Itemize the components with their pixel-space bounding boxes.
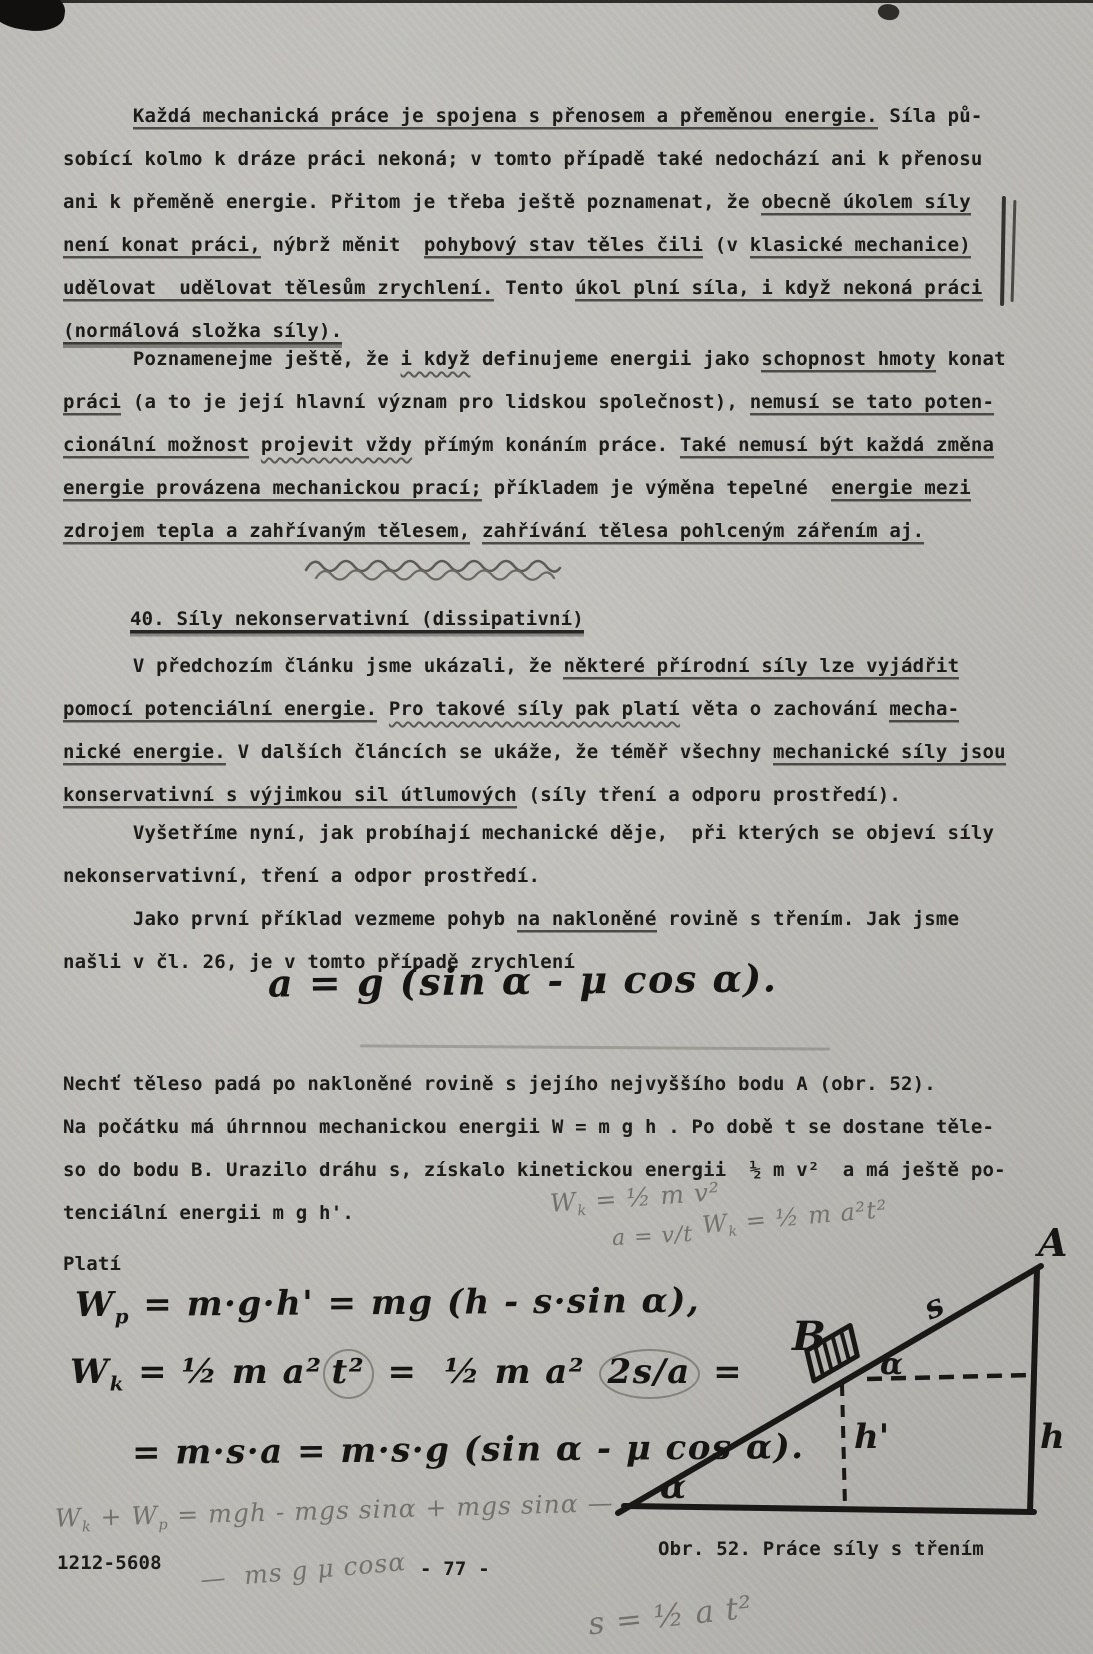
figure-label-alpha-base: α <box>660 1467 686 1507</box>
text-segment: W <box>70 1352 110 1392</box>
pencil-smudge-under-equation <box>360 1044 830 1050</box>
text-segment: = ½ m a² <box>125 1352 323 1392</box>
figure-label-B: B <box>791 1313 826 1360</box>
text-segment: pomocí potenciální energie. <box>63 698 377 720</box>
text-segment: (a to je její hlavní význam pro lidskou … <box>121 391 750 413</box>
text-segment: nýbrž měnit <box>261 234 424 256</box>
text-segment: přímým konáním práce. <box>412 434 680 456</box>
text-segment: Na počátku má úhrnnou mechanickou energi… <box>63 1116 994 1138</box>
paragraph-1: Každá mechanická práce je spojena s přen… <box>63 95 983 353</box>
text-segment: na nakloněné <box>517 908 657 930</box>
text-segment: W <box>701 1209 729 1239</box>
figure-label-A: A <box>1035 1220 1067 1265</box>
equation-result: = m·s·a = m·s·g (sin α - μ cos α). <box>132 1427 805 1473</box>
equation-wk: Wk = ½ m a²t² = ½ m a² 2s/a = <box>70 1352 743 1395</box>
text-line: není konat práci, nýbrž měnit pohybový s… <box>63 224 983 267</box>
text-segment: ani k přeměně energie. Přitom je třeba j… <box>63 191 761 213</box>
text-segment: zdrojem tepla a zahřívaným tělesem, <box>63 520 470 542</box>
paragraph-3: V předchozím článku jsme ukázali, že něk… <box>63 645 1006 817</box>
text-segment: (v <box>703 234 750 256</box>
equation-acceleration: a = g (sin α - μ cos α). <box>268 955 778 1005</box>
margin-mark-line-1 <box>1000 196 1006 306</box>
figure-label-alpha-incline: α <box>880 1347 903 1382</box>
text-segment: není konat práci, <box>63 234 261 256</box>
text-segment: V předchozím článku jsme ukázali, že <box>63 655 563 677</box>
text-segment: nemusí se tato poten- <box>750 391 994 413</box>
text-line: nekonservativní, tření a odpor prostředí… <box>63 855 994 898</box>
text-segment: klasické mechanice) <box>750 234 971 256</box>
text-segment: konservativní s výjimkou sil útlumových <box>63 784 517 806</box>
text-segment: konat <box>936 348 1006 370</box>
equation-wp: Wp = m·g·h' = mg (h - s·sin α), <box>75 1281 700 1329</box>
text-segment: energie provázena mechanickou prací; <box>63 477 482 499</box>
text-segment: Síla pů- <box>878 105 983 127</box>
text-segment: energie mezi <box>831 477 971 499</box>
text-segment: i když <box>401 348 471 370</box>
text-segment: nekonservativní, tření a odpor prostředí… <box>63 865 540 887</box>
figure-label-h: h <box>1040 1417 1065 1457</box>
text-segment: mecha- <box>889 698 959 720</box>
ink-spot <box>876 1 901 23</box>
text-line: energie provázena mechanickou prací; pří… <box>63 467 1006 510</box>
text-line: zdrojem tepla a zahřívaným tělesem, zahř… <box>63 510 1006 553</box>
pencil-sum-line-2: — ms g μ cosα <box>199 1547 407 1594</box>
section-heading-row: 40. Síly nekonservativní (dissipativní) <box>130 598 584 641</box>
page-number: - 77 - <box>420 1548 490 1591</box>
text-line: udělovat udělovat tělesům zrychlení. Ten… <box>63 267 983 310</box>
text-segment: k <box>110 1371 125 1395</box>
text-segment: Poznamenejme ještě, že <box>63 348 401 370</box>
text-segment: některé přírodní síly lze vyjádřit <box>563 655 959 677</box>
text-segment: = mgh - mgs sinα + mgs sinα — <box>168 1488 614 1529</box>
text-segment: + W <box>91 1501 158 1532</box>
figure-label-s: s <box>917 1285 950 1327</box>
text-segment: nické energie. <box>63 741 226 763</box>
text-line: V předchozím článku jsme ukázali, že něk… <box>63 645 1006 688</box>
pencil-sum-line: Wk + Wp = mgh - mgs sinα + mgs sinα — <box>55 1488 614 1536</box>
text-segment: Také nemusí být každá změna <box>680 434 994 456</box>
text-segment: V dalších článcích se ukáže, že téměř vš… <box>226 741 773 763</box>
text-line: Na počátku má úhrnnou mechanickou energi… <box>63 1106 1006 1149</box>
text-line: Každá mechanická práce je spojena s přen… <box>63 95 983 138</box>
text-segment: (síly tření a odporu prostředí). <box>517 784 901 806</box>
text-segment: tenciální energii m g h'. <box>63 1202 354 1224</box>
paragraph-2: Poznamenejme ještě, že i když definujeme… <box>63 338 1006 553</box>
paragraph-4: Vyšetříme nyní, jak probíhají mechanické… <box>63 812 994 898</box>
section-heading: 40. Síly nekonservativní (dissipativní) <box>130 608 584 630</box>
text-line: Jako první příklad vezmeme pohyb na nakl… <box>63 898 959 941</box>
text-segment: věta o zachování <box>680 698 890 720</box>
text-line: práci (a to je její hlavní význam pro li… <box>63 381 1006 424</box>
text-segment: příkladem je výměna tepelné <box>482 477 831 499</box>
text-segment: t² <box>323 1349 375 1399</box>
text-line: Wp = m·g·h' = mg (h - s·sin α), <box>75 1281 700 1329</box>
text-segment: Každá mechanická práce je spojena s přen… <box>133 105 878 127</box>
text-segment: zahřívání tělesa pohlceným zářením aj. <box>482 520 924 542</box>
text-segment: úkol plní síla, i když nekoná práci <box>575 277 982 299</box>
text-line: ani k přeměně energie. Přitom je třeba j… <box>63 181 983 224</box>
text-line: konservativní s výjimkou sil útlumových … <box>63 774 1006 817</box>
margin-mark-line-2 <box>1011 200 1016 302</box>
text-segment: k <box>82 1519 92 1535</box>
squiggle-mark <box>302 552 602 582</box>
document-code: 1212-5608 <box>57 1542 162 1585</box>
text-segment: = m·g·h' = mg (h - s·sin α), <box>130 1281 700 1325</box>
text-segment: p <box>115 1304 130 1328</box>
pencil-bottom-note: s = ½ a t² <box>587 1589 755 1642</box>
text-segment: Nechť těleso padá po nakloněné rovině s … <box>63 1073 936 1095</box>
text-line: Poznamenejme ještě, že i když definujeme… <box>63 338 1006 381</box>
text-segment: projevit vždy <box>261 434 412 456</box>
text-segment: 2s/a <box>599 1349 700 1399</box>
plati-label: Platí <box>63 1243 121 1286</box>
text-segment: rovině s třením. Jak jsme <box>657 908 960 930</box>
text-segment: W <box>549 1187 578 1218</box>
text-segment <box>470 520 482 542</box>
text-segment <box>377 698 389 720</box>
text-line: pomocí potenciální energie. Pro takové s… <box>63 688 1006 731</box>
figure-dashed-height-hprime <box>842 1384 845 1507</box>
text-segment <box>63 105 133 127</box>
text-segment: udělovat udělovat tělesům zrychlení. <box>63 277 494 299</box>
text-segment: definujeme energii jako <box>470 348 761 370</box>
text-segment: práci <box>63 391 121 413</box>
figure-right-side <box>1030 1269 1037 1512</box>
pencil-note-a: a = v/t <box>611 1222 693 1251</box>
text-segment: obecně úkolem síly <box>761 191 971 213</box>
text-line: nické energie. V dalších článcích se uká… <box>63 731 1006 774</box>
scan-corner-blob <box>0 0 68 35</box>
text-line: sobící kolmo k dráze práci nekoná; v tom… <box>63 138 983 181</box>
text-segment: W <box>75 1285 115 1325</box>
text-line: cionální možnost projevit vždy přímým ko… <box>63 424 1006 467</box>
text-segment: Pro takové síly pak platí <box>389 698 680 720</box>
scanned-page: Každá mechanická práce je spojena s přen… <box>0 0 1093 1654</box>
text-line: Nechť těleso padá po nakloněné rovině s … <box>63 1063 1006 1106</box>
text-line: Wk = ½ m a²t² = ½ m a² 2s/a = <box>70 1352 743 1395</box>
text-segment: Vyšetříme nyní, jak probíhají mechanické… <box>63 822 994 844</box>
text-line: Wk + Wp = mgh - mgs sinα + mgs sinα — <box>55 1488 614 1536</box>
text-segment: schopnost hmoty <box>761 348 936 370</box>
figure-caption: Obr. 52. Práce síly s třením <box>658 1528 984 1571</box>
figure-label-h-prime: h' <box>854 1417 889 1457</box>
scan-top-edge <box>0 0 1093 3</box>
text-segment: sobící kolmo k dráze práci nekoná; v tom… <box>63 148 982 170</box>
text-segment: mechanické síly jsou <box>773 741 1006 763</box>
text-segment: = ½ m a² <box>374 1352 598 1392</box>
text-segment: = <box>700 1352 743 1392</box>
text-line: Vyšetříme nyní, jak probíhají mechanické… <box>63 812 994 855</box>
text-segment: Tento <box>494 277 575 299</box>
text-segment: W <box>55 1503 83 1533</box>
text-segment: cionální možnost <box>63 434 249 456</box>
text-segment <box>249 434 261 456</box>
text-segment: Jako první příklad vezmeme pohyb <box>63 908 517 930</box>
text-segment: pohybový stav těles čili <box>424 234 703 256</box>
